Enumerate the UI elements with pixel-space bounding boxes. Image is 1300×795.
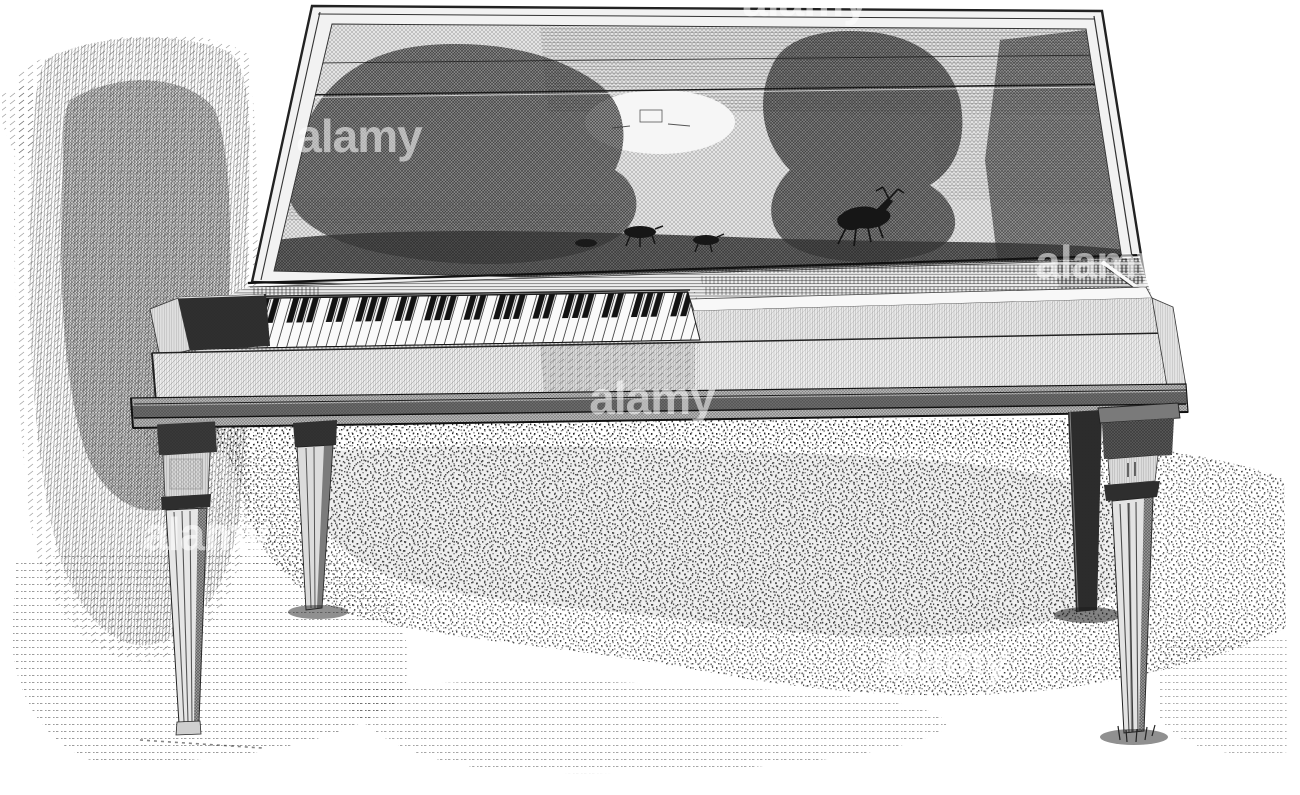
watermark-5: alamy	[143, 508, 270, 560]
ground-dots-bottom-left	[12, 553, 408, 762]
watermark-4: alamy	[589, 372, 716, 424]
foot-shadow-rear-left	[288, 605, 348, 619]
leg-foot	[176, 721, 201, 735]
ground-dots-bottom-right	[1160, 636, 1288, 754]
engraving-image: alamy alamy alamy alamy alamy alamy	[0, 0, 1300, 795]
foot-shadow-rear-right	[1054, 607, 1122, 623]
foliage-fringe-dashes	[2, 85, 36, 158]
watermark-3: alamy	[1035, 236, 1162, 288]
foot-shadow-front-right	[1100, 729, 1168, 745]
ground-dots-bottom-center	[340, 681, 946, 773]
watermark-2: alamy	[742, 0, 869, 26]
watermark-6: alamy	[882, 634, 1009, 686]
watermark-1: alamy	[296, 110, 423, 162]
stock-image-canvas: alamy alamy alamy alamy alamy alamy	[0, 0, 1300, 795]
